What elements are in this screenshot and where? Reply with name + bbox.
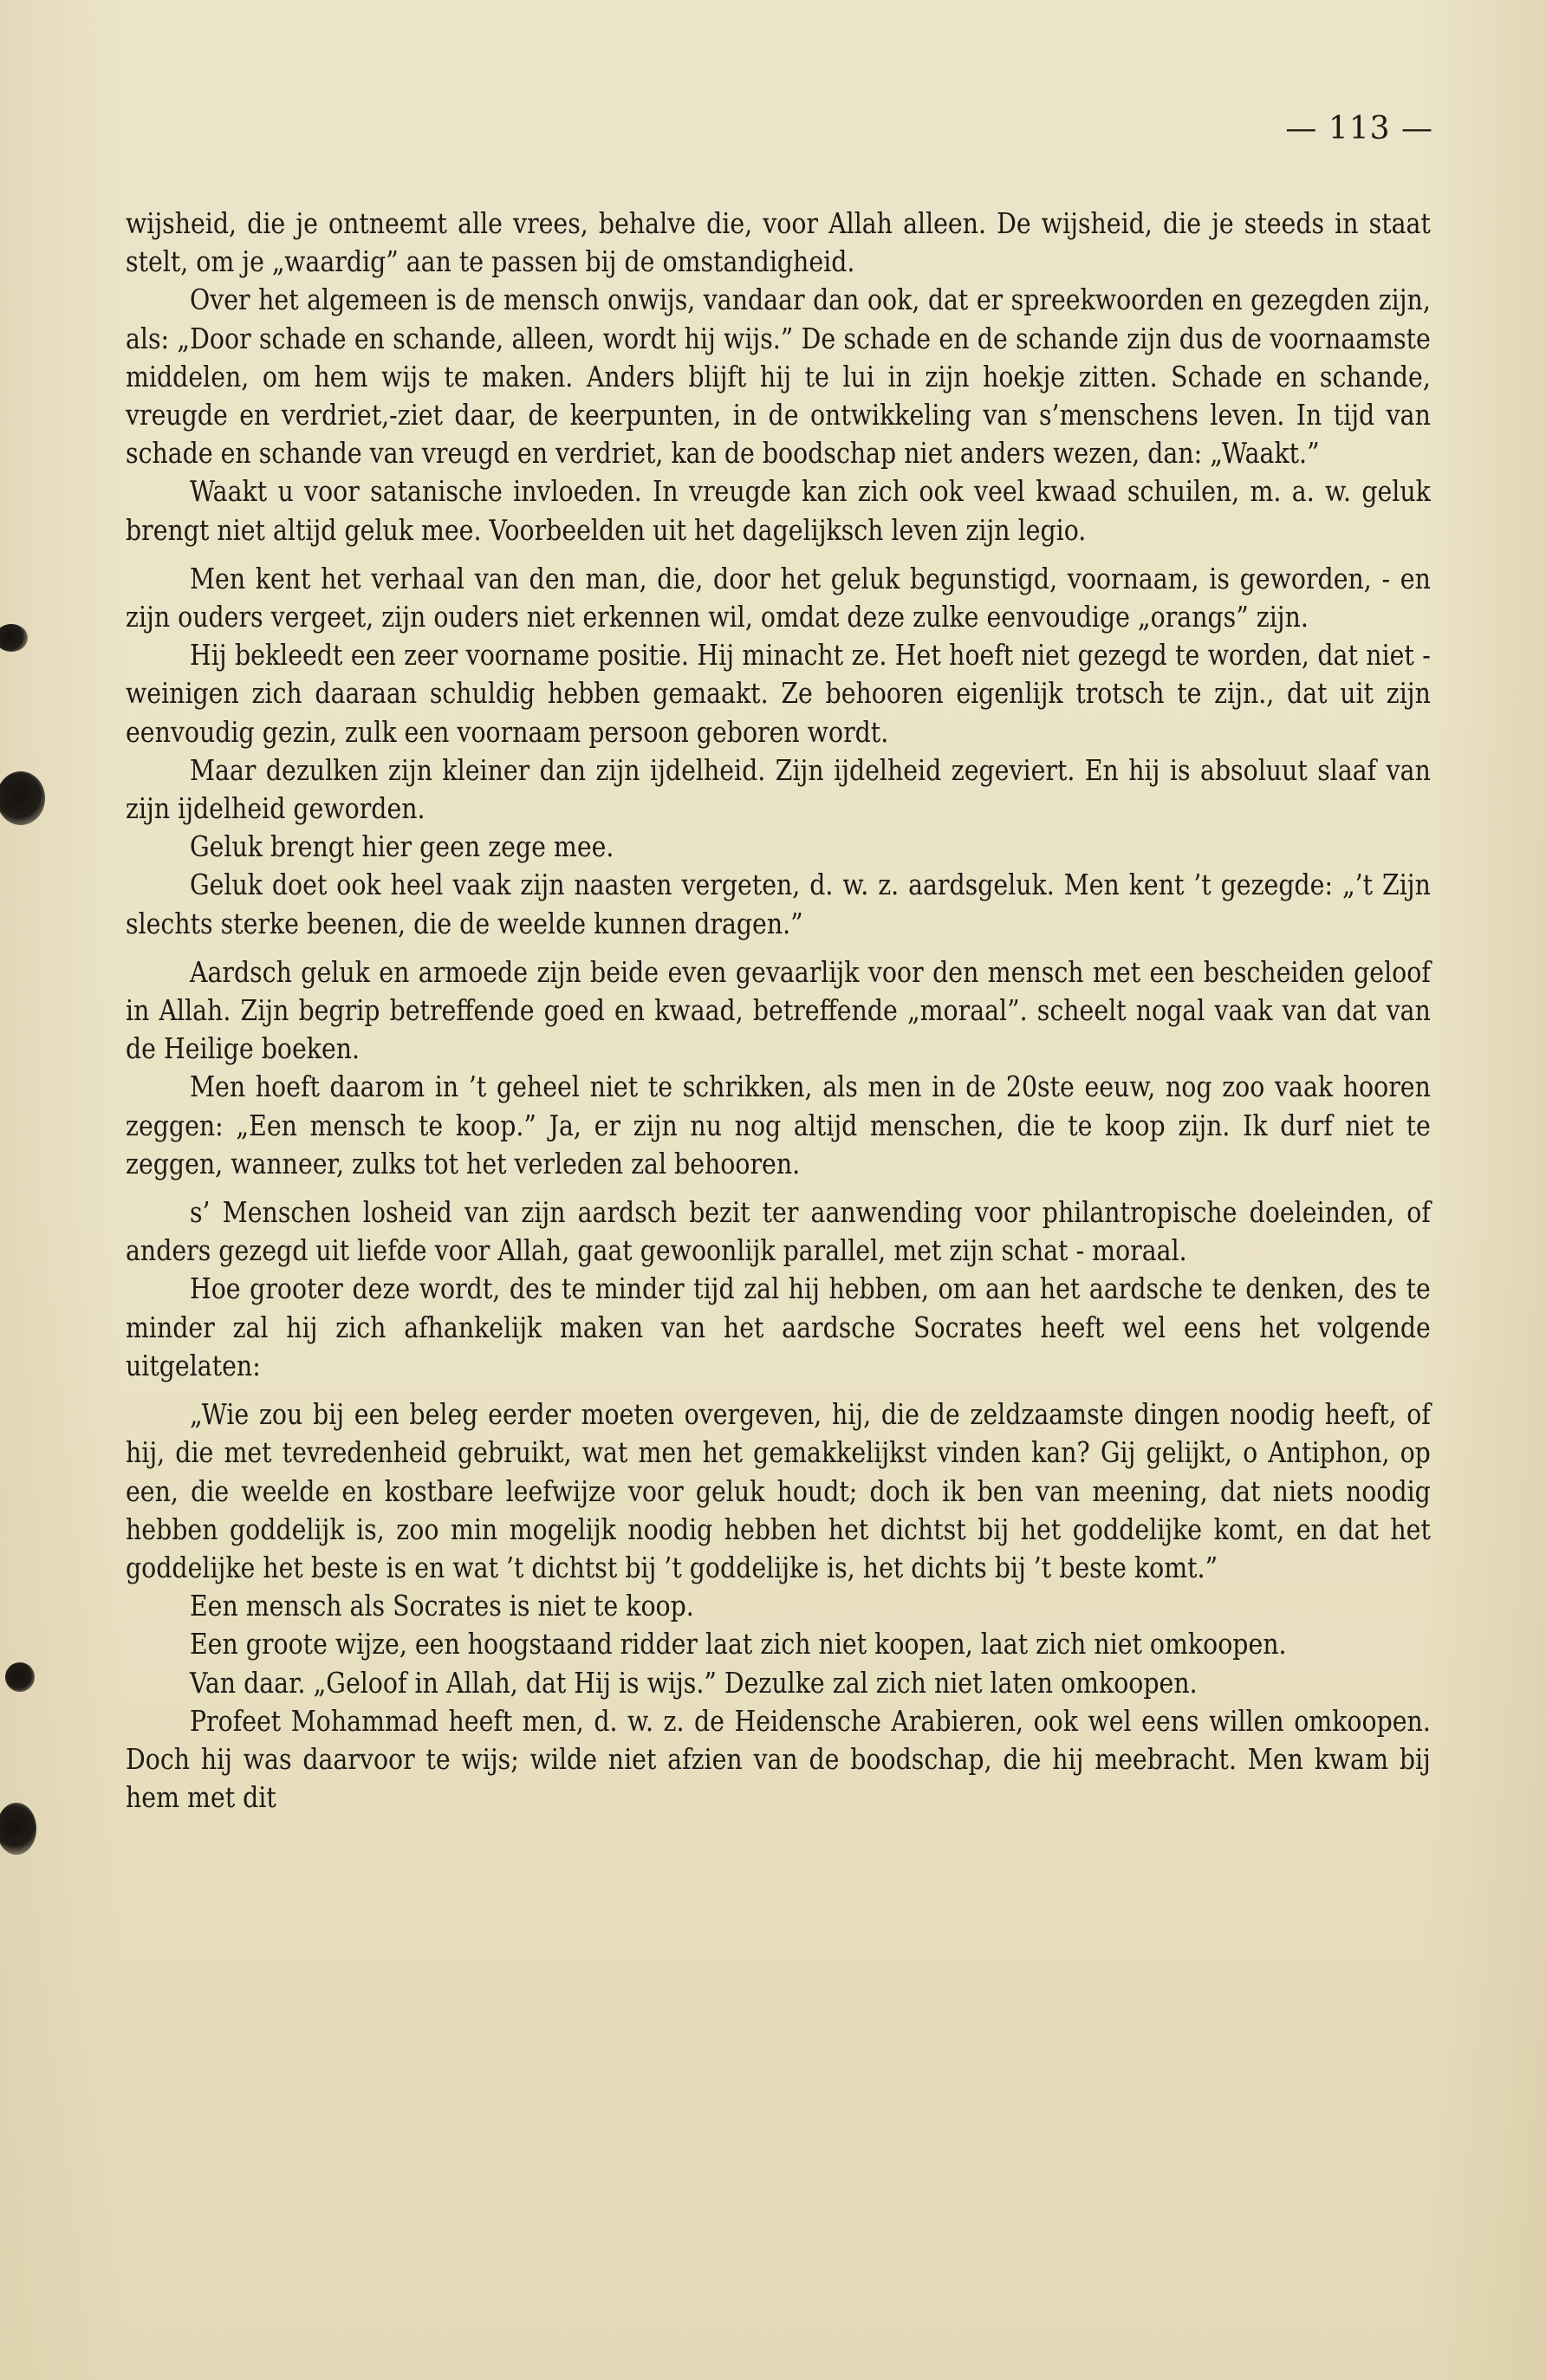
paragraph: Geluk doet ook heel vaak zijn naasten ve…: [126, 866, 1431, 942]
page-number: — 113 —: [1285, 111, 1433, 146]
paragraph: Van daar. „Geloof in Allah, dat Hij is w…: [126, 1664, 1431, 1702]
paragraph: „Wie zou bij een beleg eerder moeten ove…: [126, 1395, 1431, 1587]
body-text: wijsheid, die je ontneemt alle vrees, be…: [126, 205, 1431, 1817]
paragraph: wijsheid, die je ontneemt alle vrees, be…: [126, 205, 1431, 281]
paragraph: s’ Menschen losheid van zijn aardsch bez…: [126, 1193, 1431, 1270]
paragraph: Een mensch als Socrates is niet te koop.: [126, 1587, 1431, 1625]
paragraph: Maar dezulken zijn kleiner dan zijn ijde…: [126, 751, 1431, 828]
paragraph: Een groote wijze, een hoogstaand ridder …: [126, 1625, 1431, 1663]
paragraph: Waakt u voor satanische invloeden. In vr…: [126, 472, 1431, 549]
paragraph: Hoe grooter deze wordt, des te minder ti…: [126, 1270, 1431, 1385]
paragraph: Men hoeft daarom in ’t geheel niet te sc…: [126, 1068, 1431, 1183]
paragraph: Over het algemeen is de mensch onwijs, v…: [126, 281, 1431, 472]
paragraph: Profeet Mohammad heeft men, d. w. z. de …: [126, 1702, 1431, 1818]
paragraph: Aardsch geluk en armoede zijn beide even…: [126, 953, 1431, 1069]
paragraph: Geluk brengt hier geen zege mee.: [126, 828, 1431, 866]
binding-hole-4: [0, 1803, 36, 1855]
scanned-book-page: — 113 — wijsheid, die je ontneemt alle v…: [0, 0, 1546, 2380]
binding-hole-3: [5, 1662, 35, 1692]
binding-hole-1: [0, 624, 28, 652]
binding-hole-2: [0, 771, 45, 825]
paragraph: Men kent het verhaal van den man, die, d…: [126, 560, 1431, 636]
paragraph: Hij bekleedt een zeer voorname positie. …: [126, 636, 1431, 751]
